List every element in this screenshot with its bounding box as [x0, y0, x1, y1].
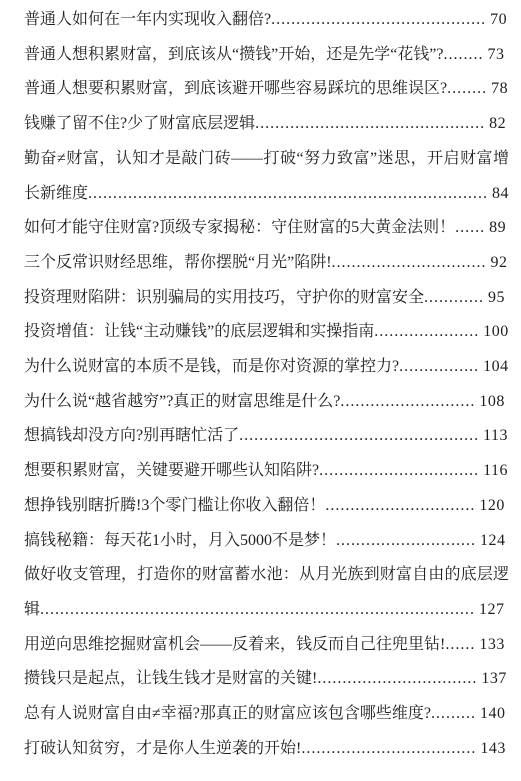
toc-page-number: 95 — [484, 289, 505, 306]
toc-page-number: 89 — [485, 219, 506, 236]
toc-entry[interactable]: 打破认知贫穷，才是你人生逆袭的开始!......................… — [24, 732, 509, 767]
toc-list: 普通人如何在一年内实现收入翻倍?........................… — [0, 0, 521, 766]
toc-entry-title: 为什么说财富的本质不是钱，而是你对资源的掌控力? — [24, 358, 399, 375]
toc-page-number: 127 — [475, 601, 505, 618]
dot-leader: ...... — [455, 219, 485, 236]
dot-leader: ........................................… — [239, 427, 479, 444]
toc-page-number: 133 — [475, 636, 505, 653]
toc-page-number: 124 — [476, 532, 506, 549]
toc-entry[interactable]: 搞钱秘籍：每天花1小时，月入5000不是梦！..................… — [24, 524, 509, 559]
toc-page-number: 108 — [475, 393, 505, 410]
toc-page-number: 78 — [487, 80, 508, 97]
toc-entry-title: 总有人说财富自由≠幸福?那真正的财富应该包含哪些维度? — [24, 705, 431, 722]
toc-entry[interactable]: 想搞钱却没方向?别再瞎忙活了..........................… — [24, 419, 509, 454]
toc-entry-title: 搞钱秘籍：每天花1小时，月入5000不是梦！ — [24, 532, 336, 549]
dot-leader: ........................................… — [88, 185, 488, 202]
dot-leader: ................................ — [317, 670, 477, 687]
toc-page-number: 120 — [475, 497, 505, 514]
toc-entry[interactable]: 普通人想要积累财富，到底该避开哪些容易踩坑的思维误区?........78 — [24, 72, 509, 107]
toc-entry[interactable]: 想挣钱别瞎折腾!3个零门槛让你收入翻倍！....................… — [24, 489, 509, 524]
toc-page-number: 70 — [486, 11, 507, 28]
toc-entry-title: 想挣钱别瞎折腾!3个零门槛让你收入翻倍！ — [24, 497, 325, 514]
toc-page-number: 92 — [487, 254, 508, 271]
toc-page-number: 73 — [484, 46, 505, 63]
toc-page-number: 143 — [476, 740, 506, 757]
toc-page-number: 104 — [479, 358, 509, 375]
toc-entry-title: 攒钱只是起点，让钱生钱才是财富的关键! — [24, 670, 317, 687]
toc-page-number: 137 — [477, 670, 507, 687]
toc-entry[interactable]: 如何才能守住财富?顶级专家揭秘：守住财富的5大黄金法则！......89 — [24, 211, 509, 246]
toc-entry[interactable]: 勤奋≠财富，认知才是敲门砖——打破“努力致富”迷思，开启财富增长新维度.....… — [24, 142, 509, 211]
toc-entry-title: 普通人如何在一年内实现收入翻倍? — [24, 11, 271, 28]
toc-entry[interactable]: 为什么说财富的本质不是钱，而是你对资源的掌控力?................… — [24, 350, 509, 385]
toc-entry[interactable]: 用逆向思维挖掘财富机会——反着来，钱反而自己往兜里钻!......133 — [24, 628, 509, 663]
toc-page-number: 100 — [479, 323, 509, 340]
toc-entry-title: 打破认知贫穷，才是你人生逆袭的开始! — [24, 740, 301, 757]
toc-entry-title: 投资理财陷阱：识别骗局的实用技巧，守护你的财富安全 — [24, 289, 424, 306]
toc-entry[interactable]: 攒钱只是起点，让钱生钱才是财富的关键!.....................… — [24, 662, 509, 697]
dot-leader: ............................... — [332, 254, 487, 271]
toc-entry-title: 用逆向思维挖掘财富机会——反着来，钱反而自己往兜里钻! — [24, 636, 445, 653]
dot-leader: ................................ — [319, 462, 479, 479]
dot-leader: ...... — [445, 636, 475, 653]
dot-leader: ........ — [444, 46, 484, 63]
toc-page-number: 116 — [479, 462, 508, 479]
toc-entry-title: 想要积累财富，关键要避开哪些认知陷阱? — [24, 462, 319, 479]
toc-page-number: 140 — [476, 705, 506, 722]
toc-entry-title: 钱赚了留不住?少了财富底层逻辑 — [24, 115, 255, 132]
dot-leader: .............................. — [325, 497, 475, 514]
toc-entry-title: 投资增值：让钱“主动赚钱”的底层逻辑和实操指南 — [24, 323, 374, 340]
toc-entry-title: 普通人想积累财富，到底该从“攒钱”开始，还是先学“花钱”? — [24, 46, 444, 63]
toc-entry[interactable]: 做好收支管理，打造你的财富蓄水池：从月光族到财富自由的底层逻辑.........… — [24, 558, 509, 627]
toc-page-number: 82 — [485, 115, 506, 132]
dot-leader: ................ — [399, 358, 479, 375]
toc-page-number: 84 — [488, 185, 509, 202]
toc-entry-title: 如何才能守住财富?顶级专家揭秘：守住财富的5大黄金法则！ — [24, 219, 455, 236]
toc-entry[interactable]: 为什么说“越省越穷”?真正的财富思维是什么?..................… — [24, 385, 509, 420]
dot-leader: ........................................… — [40, 601, 475, 618]
toc-entry[interactable]: 想要积累财富，关键要避开哪些认知陷阱?.....................… — [24, 454, 509, 489]
toc-entry[interactable]: 投资增值：让钱“主动赚钱”的底层逻辑和实操指南.................… — [24, 315, 509, 350]
toc-page-number: 113 — [479, 427, 508, 444]
toc-entry[interactable]: 投资理财陷阱：识别骗局的实用技巧，守护你的财富安全............95 — [24, 281, 509, 316]
dot-leader: ..................... — [374, 323, 479, 340]
toc-entry-title: 三个反常识财经思维，帮你摆脱“月光”陷阱! — [24, 254, 332, 271]
dot-leader: ......... — [431, 705, 476, 722]
toc-entry[interactable]: 钱赚了留不住?少了财富底层逻辑.........................… — [24, 107, 509, 142]
dot-leader: ........................................… — [255, 115, 485, 132]
toc-entry[interactable]: 普通人如何在一年内实现收入翻倍?........................… — [24, 3, 509, 38]
dot-leader: ........ — [447, 80, 487, 97]
dot-leader: ........................................… — [271, 11, 486, 28]
toc-entry-title: 为什么说“越省越穷”?真正的财富思维是什么? — [24, 393, 340, 410]
dot-leader: ........................... — [340, 393, 475, 410]
toc-entry-title: 普通人想要积累财富，到底该避开哪些容易踩坑的思维误区? — [24, 80, 447, 97]
toc-entry-title: 想搞钱却没方向?别再瞎忙活了 — [24, 427, 239, 444]
dot-leader: ............................ — [336, 532, 476, 549]
dot-leader: ................................... — [301, 740, 476, 757]
toc-entry[interactable]: 三个反常识财经思维，帮你摆脱“月光”陷阱!...................… — [24, 246, 509, 281]
toc-entry[interactable]: 普通人想积累财富，到底该从“攒钱”开始，还是先学“花钱”?........73 — [24, 38, 509, 73]
dot-leader: ............ — [424, 289, 484, 306]
toc-entry[interactable]: 总有人说财富自由≠幸福?那真正的财富应该包含哪些维度?.........140 — [24, 697, 509, 732]
